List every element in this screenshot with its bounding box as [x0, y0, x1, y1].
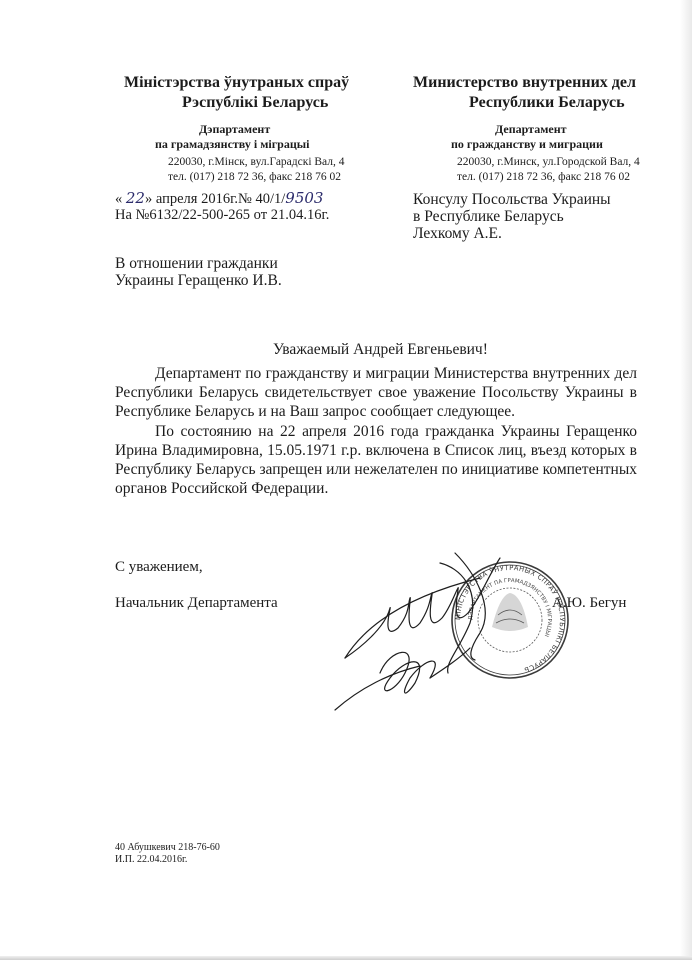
handwritten-number: 9503 — [285, 189, 323, 207]
address-ru: 220030, г.Минск, ул.Городской Вал, 4 — [457, 155, 640, 170]
phone-by: тел. (017) 218 72 36, факс 218 76 02 — [168, 170, 341, 185]
ministry-name-ru-line2: Республики Беларусь — [469, 93, 625, 113]
body-paragraph-1: Департамент по гражданству и миграции Ми… — [115, 364, 637, 422]
date-and-number: » апреля 2016г.№ 40/1/ — [145, 191, 285, 207]
ministry-name-by-line1: Міністэрства ўнутраных спраў — [124, 73, 349, 93]
department-name-ru-line2: по гражданству и миграции — [451, 137, 603, 152]
subject-line2: Украины Геращенко И.В. — [115, 272, 282, 289]
department-name-by-line2: па грамадзянству і міграцыі — [155, 137, 309, 152]
in-reply-reference: На №6132/22-500-265 от 21.04.16г. — [115, 207, 329, 224]
handwritten-day: 22 — [126, 189, 145, 207]
department-name-ru-line1: Департамент — [495, 122, 567, 137]
letter-body: Департамент по гражданству и миграции Ми… — [115, 364, 637, 498]
closing-regards: С уважением, — [115, 559, 203, 576]
phone-ru: тел. (017) 218 72 36, факс 218 76 02 — [457, 170, 630, 185]
signature-icon — [330, 548, 530, 718]
executor-note: 40 Абушкевич 218-76-60 — [115, 842, 220, 854]
body-paragraph-2: По состоянию на 22 апреля 2016 года граж… — [115, 422, 637, 499]
salutation: Уважаемый Андрей Евгеньевич! — [273, 341, 488, 359]
addressee-line3: Лехкому А.Е. — [413, 226, 502, 243]
outgoing-reference: « 22» апреля 2016г.№ 40/1/9503 — [115, 190, 323, 208]
ministry-name-by-line2: Рэспублікі Беларусь — [182, 93, 328, 113]
department-name-by-line1: Дэпартамент — [199, 122, 270, 137]
address-by: 220030, г.Мінск, вул.Гарадскі Вал, 4 — [168, 155, 345, 170]
page-edge-shadow — [680, 0, 692, 960]
ministry-name-ru-line1: Министерство внутренних дел — [413, 73, 636, 93]
addressee-line2: в Республике Беларусь — [413, 209, 564, 226]
addressee-line1: Консулу Посольства Украины — [413, 192, 611, 209]
typist-note: И.П. 22.04.2016г. — [115, 854, 187, 866]
signer-position: Начальник Департамента — [115, 595, 278, 612]
open-quote: « — [115, 191, 122, 207]
page-bottom-shadow — [0, 956, 692, 960]
subject-line1: В отношении гражданки — [115, 255, 278, 272]
